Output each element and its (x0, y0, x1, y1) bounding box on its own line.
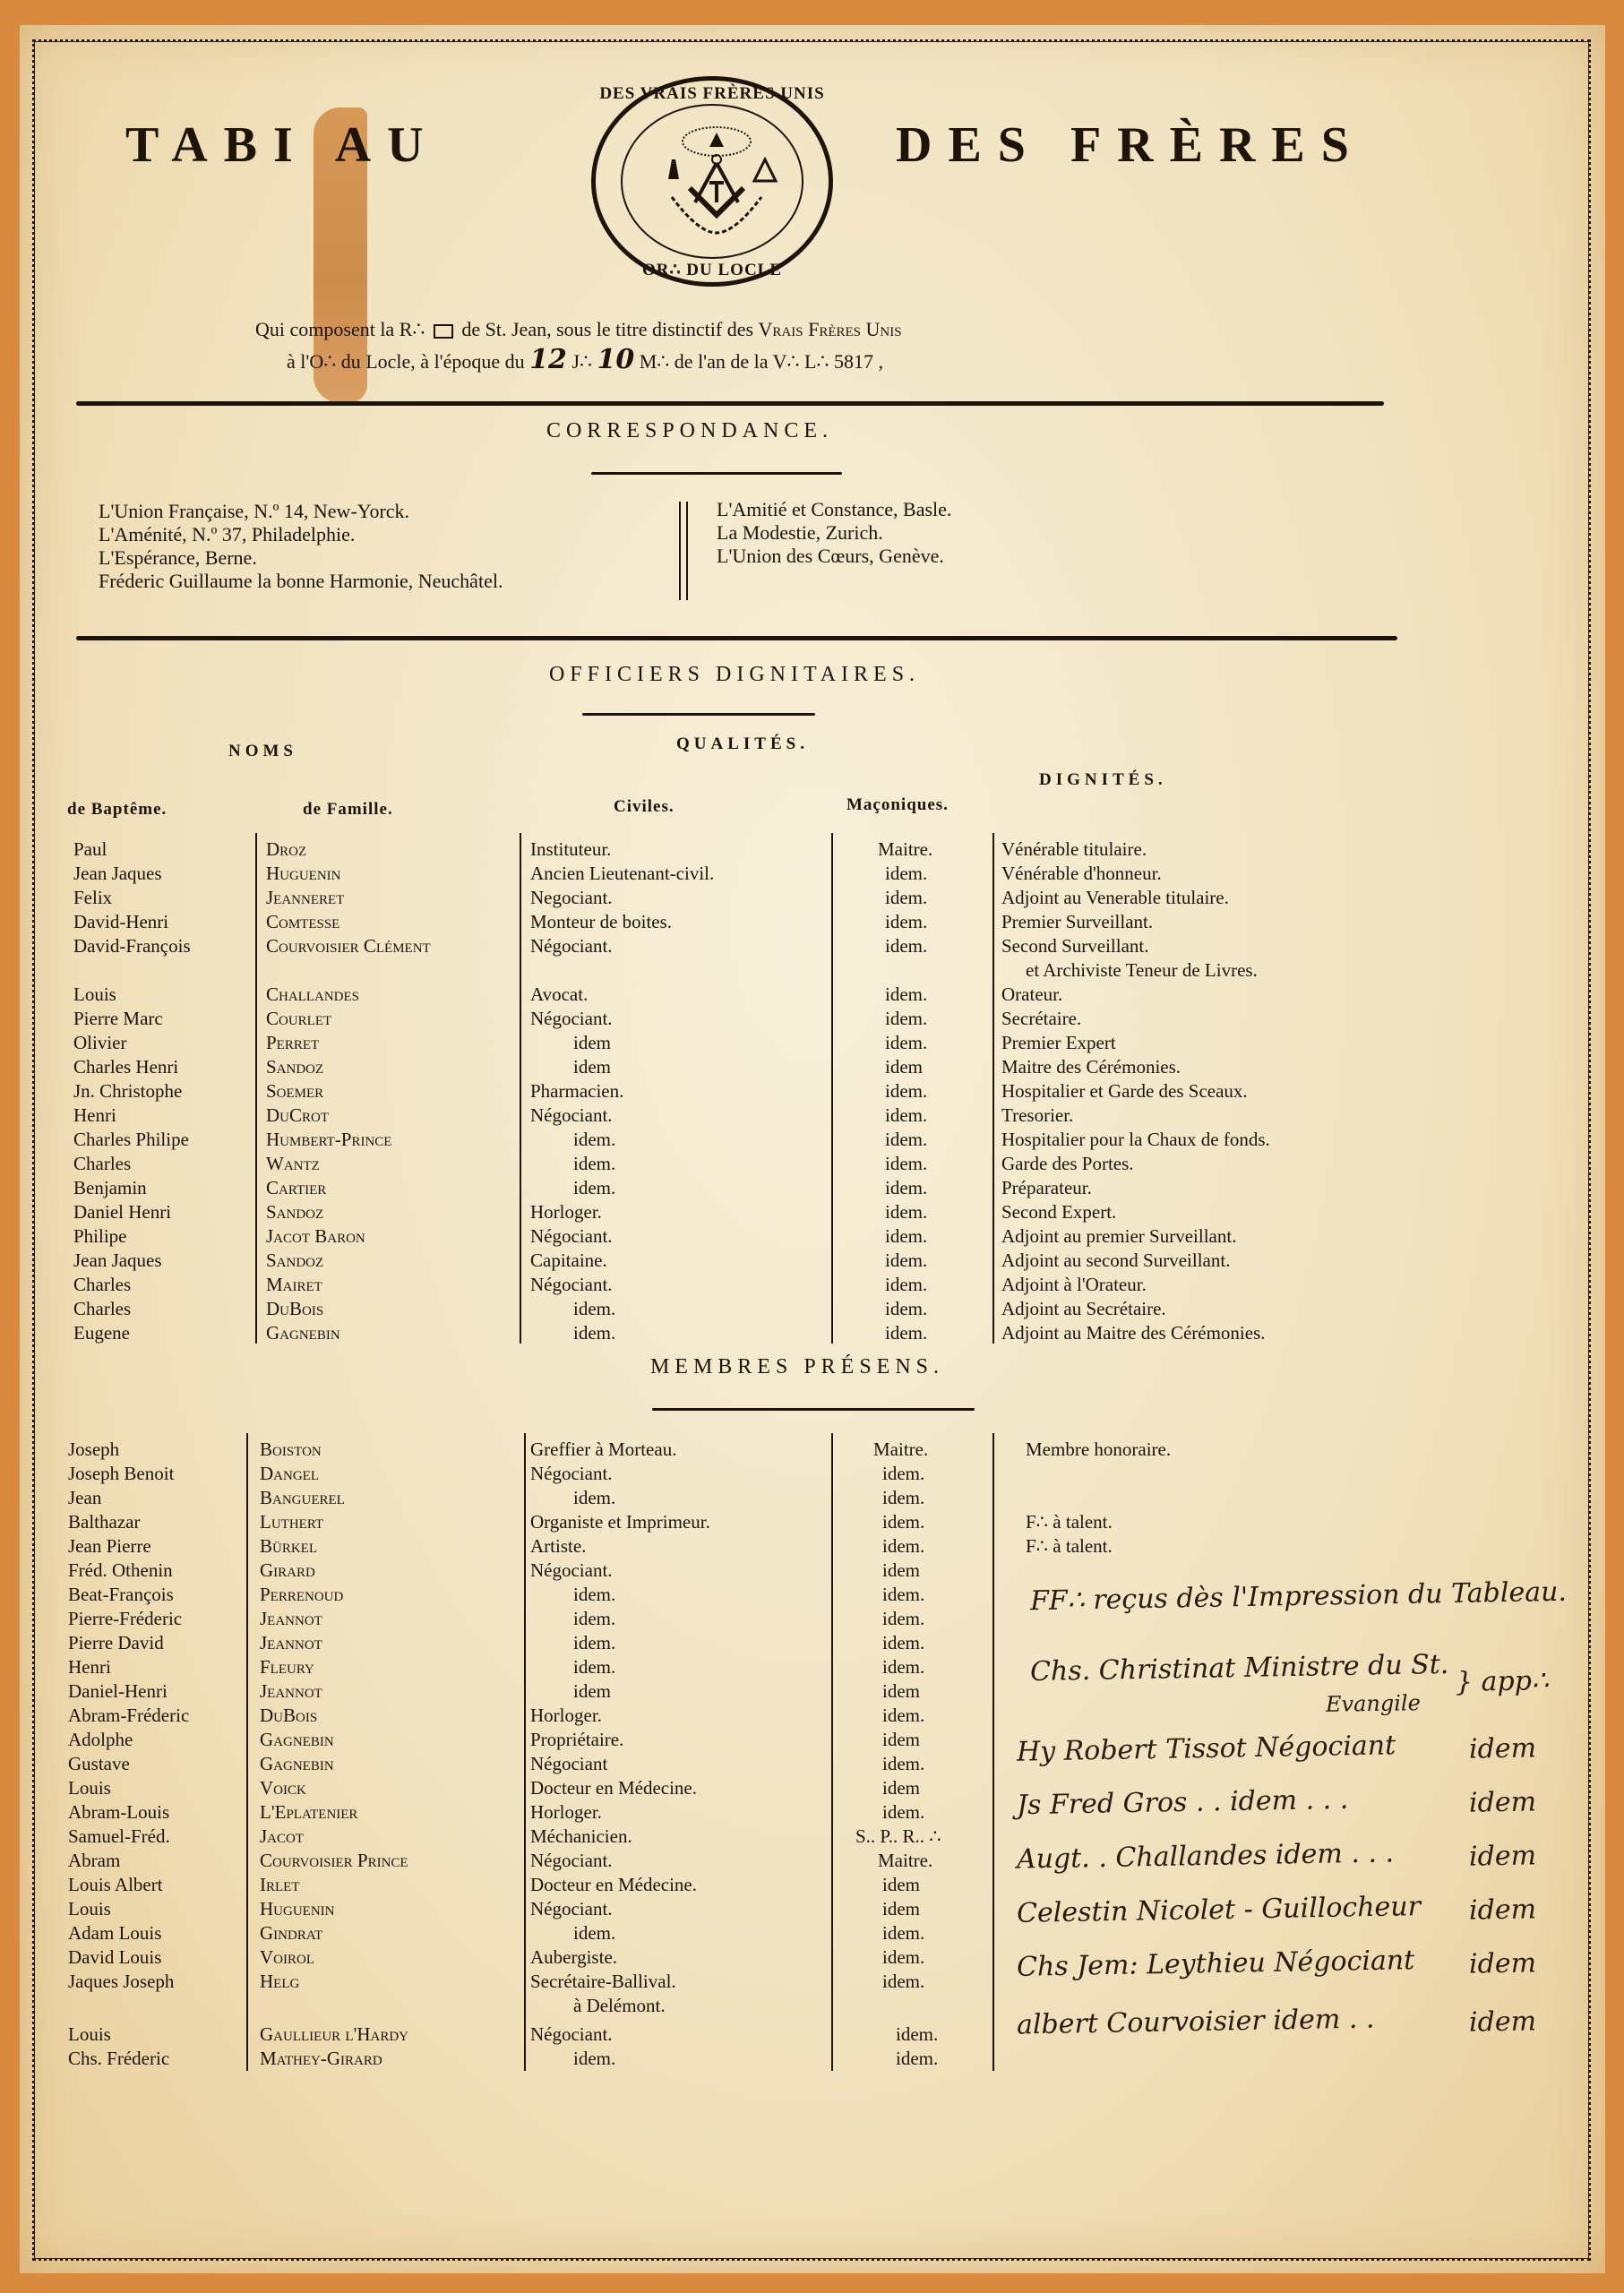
title-left: TABI AU (125, 116, 440, 174)
cell-civile: idem. (573, 1655, 615, 1679)
cell-bapteme: Fréd. Othenin (68, 1559, 173, 1583)
cell-maconnique: idem. (885, 1176, 927, 1200)
cell-maconnique: idem (882, 1776, 920, 1800)
cell-maconnique: idem. (885, 1031, 927, 1055)
cell-civile: Docteur en Médecine. (530, 1873, 697, 1897)
header-noms: NOMS (228, 742, 297, 761)
correspondance-item: L'Union des Cœurs, Genève. (717, 545, 951, 568)
handwritten-suffix: idem (1469, 1732, 1537, 1765)
cell-bapteme: Henri (68, 1655, 111, 1679)
cell-maconnique: idem. (885, 934, 927, 958)
cell-civile: Avocat. (530, 983, 588, 1007)
cell-bapteme: Chs. Fréderic (68, 2047, 169, 2071)
cell-maconnique: idem. (882, 1655, 924, 1679)
cell-famille: Huguenin (260, 1897, 335, 1921)
cell-maconnique: idem. (885, 1273, 927, 1297)
handwritten-line: Evangile (1326, 1690, 1421, 1717)
cell-maconnique: Maitre. (873, 1438, 928, 1462)
cell-note: F∴ à talent. (1026, 1534, 1113, 1559)
cell-famille: Sandoz (266, 1200, 323, 1224)
cell-famille: Girard (260, 1559, 315, 1583)
cell-bapteme: Jean Pierre (68, 1534, 151, 1559)
cell-maconnique: idem. (882, 1607, 924, 1631)
cell-maconnique: idem (882, 1897, 920, 1921)
cell-famille: DuBois (260, 1704, 317, 1728)
cell-dignite: Préparateur. (1001, 1176, 1092, 1200)
cell-dignite: Vénérable d'honneur. (1001, 862, 1162, 886)
square-and-compass-icon (645, 116, 788, 251)
cell-famille: Jeannot (260, 1631, 322, 1655)
cell-maconnique: idem. (885, 1321, 927, 1345)
subtitle-text: à l'O∴ du Locle, à l'époque du (287, 350, 525, 373)
cell-bapteme: Charles (73, 1297, 131, 1321)
cell-famille: Courvoisier Clément (266, 934, 431, 958)
cell-maconnique: idem. (885, 1128, 927, 1152)
cell-maconnique: idem (882, 1679, 920, 1704)
handwritten-line: albert Courvoisier idem . . (1017, 2004, 1375, 2041)
cell-dignite: Tresorier. (1001, 1104, 1073, 1128)
cell-bapteme: Jaques Joseph (68, 1970, 174, 1994)
header-dignites: DIGNITÉS. (1039, 770, 1167, 790)
cell-civile: Pharmacien. (530, 1079, 623, 1104)
handwritten-line: Hy Robert Tissot Négociant (1017, 1730, 1396, 1767)
column-divider (992, 1433, 994, 2071)
cell-civile: idem. (573, 1176, 615, 1200)
cell-civile: Négociant. (530, 1559, 613, 1583)
cell-bapteme: Charles (73, 1273, 131, 1297)
cell-dignite: Adjoint au Venerable titulaire. (1001, 886, 1229, 910)
cell-maconnique: idem. (896, 2047, 938, 2071)
cell-bapteme: Abram-Fréderic (68, 1704, 189, 1728)
cell-civile: idem. (573, 1631, 615, 1655)
handwritten-suffix: idem (1469, 1894, 1537, 1926)
divider-rule (652, 1408, 975, 1411)
cell-famille: Mairet (266, 1273, 322, 1297)
cell-famille: Gindrat (260, 1921, 322, 1945)
cell-bapteme: Abram-Louis (68, 1800, 169, 1825)
cell-famille: Gagnebin (260, 1752, 334, 1776)
correspondance-left-list: L'Union Française, N.º 14, New-Yorck. L'… (99, 500, 503, 593)
handwritten-line: Augt. . Challandes idem . . . (1017, 1837, 1395, 1875)
cell-civile: Instituteur. (530, 837, 611, 862)
column-divider (992, 833, 994, 1344)
cell-civile: Negociant. (530, 886, 613, 910)
cell-famille: Jeannot (260, 1679, 322, 1704)
cell-bapteme: Jean Jaques (73, 862, 162, 886)
cell-bapteme: Louis (68, 2022, 111, 2047)
cell-maconnique: idem. (882, 1704, 924, 1728)
cell-dignite: Adjoint au premier Surveillant. (1001, 1224, 1236, 1249)
cell-civile: Méchanicien. (530, 1825, 632, 1849)
cell-maconnique: idem. (885, 1007, 927, 1031)
cell-maconnique: idem (882, 1559, 920, 1583)
cell-famille: Irlet (260, 1873, 300, 1897)
cell-maconnique: idem. (882, 1631, 924, 1655)
cell-civile: idem. (573, 1152, 615, 1176)
cell-bapteme: Philipe (73, 1224, 127, 1249)
cell-bapteme: Pierre Marc (73, 1007, 163, 1031)
cell-famille: DuCrot (266, 1104, 329, 1128)
lodge-seal: DES VRAIS FRÈRES UNIS OR∴ DU LOCLE (591, 76, 833, 287)
cell-civile: Négociant. (530, 1897, 613, 1921)
cell-bapteme: Louis Albert (68, 1873, 163, 1897)
cell-dignite: Orateur. (1001, 983, 1062, 1007)
cell-famille: Voick (260, 1776, 306, 1800)
handwritten-suffix: idem (1469, 1840, 1537, 1872)
cell-maconnique: idem. (885, 1104, 927, 1128)
correspondance-item: Fréderic Guillaume la bonne Harmonie, Ne… (99, 570, 503, 593)
cell-famille: Soemer (266, 1079, 323, 1104)
subtitle-line-1: Qui composent la R∴ de St. Jean, sous le… (255, 315, 902, 344)
cell-dignite: Adjoint à l'Orateur. (1001, 1273, 1147, 1297)
cell-bapteme: Jean (68, 1486, 101, 1510)
column-divider (831, 1433, 833, 2071)
cell-civile: Secrétaire-Ballival. (530, 1970, 676, 1994)
cell-bapteme: Henri (73, 1104, 116, 1128)
handwritten-day: 12 (529, 344, 567, 375)
cell-bapteme: Samuel-Fréd. (68, 1825, 170, 1849)
cell-civile: Artiste. (530, 1534, 586, 1559)
header-civiles: Civiles. (614, 797, 675, 817)
cell-maconnique: idem. (885, 1297, 927, 1321)
cell-civile: Greffier à Morteau. (530, 1438, 676, 1462)
cell-famille: Jeanneret (266, 886, 344, 910)
cell-maconnique: idem. (882, 1462, 924, 1486)
cell-civile: Propriétaire. (530, 1728, 623, 1752)
divider-rule (76, 636, 1397, 640)
cell-bapteme: Jn. Christophe (73, 1079, 182, 1104)
correspondance-item: L'Aménité, N.º 37, Philadelphie. (99, 523, 503, 546)
cell-famille: DuBois (266, 1297, 323, 1321)
cell-civile: idem (573, 1055, 611, 1079)
cell-civile: Capitaine. (530, 1249, 607, 1273)
cell-famille: Gagnebin (260, 1728, 334, 1752)
cell-bapteme: Beat-François (68, 1583, 174, 1607)
cell-famille: Perret (266, 1031, 319, 1055)
cell-civile: Négociant. (530, 1104, 613, 1128)
cell-famille: Wantz (266, 1152, 320, 1176)
cell-bapteme: Adolphe (68, 1728, 133, 1752)
cell-maconnique: idem. (885, 1079, 927, 1104)
cell-famille: Helg (260, 1970, 299, 1994)
cell-famille: Cartier (266, 1176, 326, 1200)
cell-bapteme: Pierre David (68, 1631, 164, 1655)
handwritten-suffix: idem (1469, 1947, 1537, 1980)
cell-maconnique: idem (882, 1873, 920, 1897)
cell-bapteme: Charles Philipe (73, 1128, 189, 1152)
cell-famille: Sandoz (266, 1055, 323, 1079)
membres-title: MEMBRES PRÉSENS. (502, 1355, 1093, 1379)
cell-famille: Droz (266, 837, 306, 862)
cell-civile: idem. (573, 1607, 615, 1631)
cell-famille: Huguenin (266, 862, 341, 886)
cell-dignite: Second Surveillant. (1001, 934, 1148, 958)
correspondance-item: L'Espérance, Berne. (99, 546, 503, 570)
cell-maconnique: idem. (882, 1486, 924, 1510)
cell-famille: Dangel (260, 1462, 319, 1486)
cell-maconnique: idem. (882, 1510, 924, 1534)
cell-maconnique: idem (885, 1055, 923, 1079)
handwritten-suffix: } app∴ (1456, 1665, 1550, 1698)
cell-bapteme: Abram (68, 1849, 120, 1873)
divider-rule (582, 713, 815, 716)
cell-bapteme: Adam Louis (68, 1921, 161, 1945)
cell-dignite: Secrétaire. (1001, 1007, 1081, 1031)
cell-famille: Sandoz (266, 1249, 323, 1273)
cell-civile: Négociant (530, 1752, 607, 1776)
cell-famille: Mathey-Girard (260, 2047, 382, 2071)
cell-maconnique: idem. (885, 1200, 927, 1224)
cell-famille: Gagnebin (266, 1321, 340, 1345)
cell-maconnique: Maitre. (878, 1849, 932, 1873)
cell-civile: Négociant. (530, 1224, 613, 1249)
cell-dignite: Garde des Portes. (1001, 1152, 1134, 1176)
cell-note: F∴ à talent. (1026, 1510, 1113, 1534)
correspondance-item: L'Amitié et Constance, Basle. (717, 498, 951, 521)
cell-civile: Monteur de boites. (530, 910, 672, 934)
cell-famille: Comtesse (266, 910, 339, 934)
cell-dignite: Premier Surveillant. (1001, 910, 1153, 934)
cell-maconnique: Maitre. (878, 837, 932, 862)
cell-civile: idem. (573, 1583, 615, 1607)
cell-dignite: Second Expert. (1001, 1200, 1116, 1224)
cell-famille: Courlet (266, 1007, 331, 1031)
cell-famille: Challandes (266, 983, 359, 1007)
column-divider (255, 833, 257, 1344)
subtitle-line-2: à l'O∴ du Locle, à l'époque du 12 J∴ 10 … (287, 346, 883, 376)
cell-maconnique: idem. (882, 1945, 924, 1970)
cell-famille: Jeannot (260, 1607, 322, 1631)
column-divider (524, 1433, 526, 2071)
correspondance-item: L'Union Française, N.º 14, New-Yorck. (99, 500, 503, 523)
cell-dignite: Adjoint au Secrétaire. (1001, 1297, 1166, 1321)
correspondance-item: La Modestie, Zurich. (717, 521, 951, 545)
cell-maconnique: idem. (885, 886, 927, 910)
seal-bottom-text: OR∴ DU LOCLE (596, 260, 829, 280)
divider-rule (591, 472, 842, 475)
cell-civile: Négociant. (530, 1273, 613, 1297)
column-divider (831, 833, 833, 1344)
cell-bapteme: Gustave (68, 1752, 130, 1776)
correspondance-title: CORRESPONDANCE. (448, 419, 932, 443)
cell-dignite: Vénérable titulaire. (1001, 837, 1147, 862)
cell-bapteme: Louis (68, 1897, 111, 1921)
cell-civile: Négociant. (530, 1007, 613, 1031)
cell-civile: Docteur en Médecine. (530, 1776, 697, 1800)
cell-maconnique: idem. (882, 1921, 924, 1945)
cell-civile: Ancien Lieutenant-civil. (530, 862, 714, 886)
cell-famille: Banguerel (260, 1486, 345, 1510)
cell-maconnique: idem. (882, 1534, 924, 1559)
header-maconniques: Maçoniques. (846, 795, 949, 815)
handwritten-month: 10 (597, 344, 635, 375)
cell-famille: Luthert (260, 1510, 323, 1534)
cell-civile: Horloger. (530, 1800, 602, 1825)
cell-maconnique: idem. (885, 1249, 927, 1273)
cell-civile: idem. (573, 1921, 615, 1945)
cell-civile: Horloger. (530, 1704, 602, 1728)
cell-maconnique: idem. (896, 2022, 938, 2047)
cell-bapteme: Olivier (73, 1031, 126, 1055)
cell-famille: L'Eplatenier (260, 1800, 357, 1825)
cell-civile: Négociant. (530, 2022, 613, 2047)
cell-maconnique: idem (882, 1728, 920, 1752)
cell-famille: Gaullieur l'Hardy (260, 2022, 408, 2047)
officiers-title: OFFICIERS DIGNITAIRES. (421, 663, 1048, 687)
cell-bapteme: Benjamin (73, 1176, 147, 1200)
cell-civile: Négociant. (530, 1462, 613, 1486)
cell-civile: idem (573, 1031, 611, 1055)
correspondance-right-list: L'Amitié et Constance, Basle. La Modesti… (717, 498, 951, 568)
cell-civile: à Delémont. (573, 1994, 666, 2018)
cell-maconnique: idem. (882, 1800, 924, 1825)
cell-civile: idem. (573, 1321, 615, 1345)
lodge-name: Vrais Frères Unis (759, 318, 902, 340)
cell-civile: idem. (573, 1486, 615, 1510)
cell-maconnique: idem. (885, 862, 927, 886)
cell-dignite: Adjoint au second Surveillant. (1001, 1249, 1230, 1273)
divider-rule (76, 401, 1384, 406)
cell-maconnique: idem. (885, 910, 927, 934)
cell-civile: idem (573, 1679, 611, 1704)
cell-bapteme: David-Henri (73, 910, 168, 934)
subtitle-text: J∴ (571, 350, 592, 373)
subtitle-text: de St. Jean, sous le titre distinctif de… (461, 318, 753, 340)
column-divider (520, 833, 521, 1344)
cell-civile: Aubergiste. (530, 1945, 617, 1970)
lodge-square-icon (434, 324, 453, 339)
cell-dignite: Maitre des Cérémonies. (1001, 1055, 1181, 1079)
title-right: DES FRÈRES (896, 116, 1365, 174)
cell-bapteme: Pierre-Fréderic (68, 1607, 182, 1631)
cell-bapteme: Daniel-Henri (68, 1679, 168, 1704)
subtitle-text: Qui composent la R∴ (255, 318, 425, 340)
cell-maconnique: S.. P.. R.. ∴ (855, 1825, 941, 1849)
cell-bapteme: Jean Jaques (73, 1249, 162, 1273)
double-divider (679, 502, 688, 600)
handwritten-suffix: idem (1469, 1786, 1537, 1818)
cell-dignite: Hospitalier pour la Chaux de fonds. (1001, 1128, 1270, 1152)
cell-maconnique: idem. (882, 1970, 924, 1994)
cell-famille: Bürkel (260, 1534, 317, 1559)
cell-maconnique: idem. (882, 1752, 924, 1776)
cell-bapteme: David Louis (68, 1945, 161, 1970)
cell-dignite: Hospitalier et Garde des Sceaux. (1001, 1079, 1248, 1104)
cell-dignite: Premier Expert (1001, 1031, 1116, 1055)
cell-bapteme: Balthazar (68, 1510, 140, 1534)
cell-civile: Organiste et Imprimeur. (530, 1510, 710, 1534)
header-qualites: QUALITÉS. (676, 734, 809, 754)
cell-bapteme: Joseph Benoit (68, 1462, 174, 1486)
seal-top-text: DES VRAIS FRÈRES UNIS (596, 84, 829, 104)
cell-maconnique: idem. (882, 1583, 924, 1607)
handwritten-suffix: idem (1469, 2005, 1537, 2038)
handwritten-line: Js Fred Gros . . idem . . . (1017, 1784, 1349, 1821)
cell-bapteme: Paul (73, 837, 107, 862)
cell-famille: Jacot (260, 1825, 304, 1849)
cell-famille: Courvoisier Prince (260, 1849, 408, 1873)
cell-famille: Boiston (260, 1438, 322, 1462)
cell-famille: Voirol (260, 1945, 314, 1970)
cell-famille: Perrenoud (260, 1583, 343, 1607)
cell-bapteme: Joseph (68, 1438, 119, 1462)
header-famille: de Famille. (303, 800, 393, 820)
cell-civile: idem. (573, 2047, 615, 2071)
header-bapteme: de Baptême. (67, 800, 167, 820)
cell-bapteme: David-François (73, 934, 191, 958)
subtitle-text: M∴ de l'an de la V∴ L∴ 5817 , (640, 350, 883, 373)
cell-bapteme: Louis (73, 983, 116, 1007)
cell-famille: Jacot Baron (266, 1224, 365, 1249)
cell-note: Membre honoraire. (1026, 1438, 1171, 1462)
cell-bapteme: Eugene (73, 1321, 130, 1345)
cell-bapteme: Felix (73, 886, 112, 910)
cell-dignite: et Archiviste Teneur de Livres. (1026, 958, 1258, 983)
cell-civile: Horloger. (530, 1200, 602, 1224)
cell-dignite: Adjoint au Maitre des Cérémonies. (1001, 1321, 1266, 1345)
cell-bapteme: Charles Henri (73, 1055, 178, 1079)
cell-maconnique: idem. (885, 1152, 927, 1176)
cell-bapteme: Louis (68, 1776, 111, 1800)
cell-famille: Fleury (260, 1655, 314, 1679)
cell-famille: Humbert-Prince (266, 1128, 391, 1152)
cell-bapteme: Daniel Henri (73, 1200, 171, 1224)
cell-civile: Négociant. (530, 934, 613, 958)
cell-civile: idem. (573, 1128, 615, 1152)
cell-maconnique: idem. (885, 1224, 927, 1249)
cell-civile: idem. (573, 1297, 615, 1321)
cell-civile: Négociant. (530, 1849, 613, 1873)
column-divider (246, 1433, 248, 2071)
cell-bapteme: Charles (73, 1152, 131, 1176)
cell-maconnique: idem. (885, 983, 927, 1007)
